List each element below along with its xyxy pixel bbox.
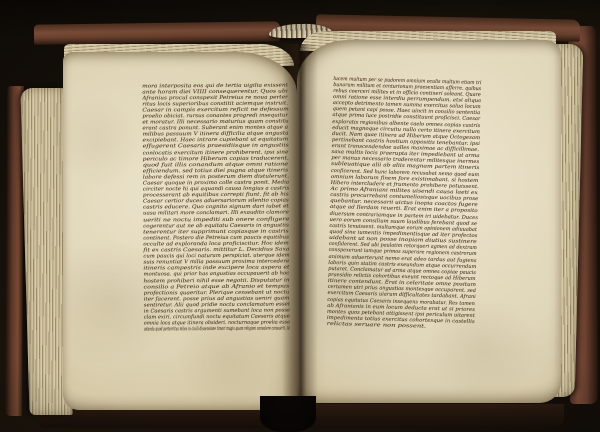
book-cover-top-edge-left bbox=[34, 21, 280, 44]
manuscript-text-line: uitanda quod perterritus miles in ciuili… bbox=[144, 326, 290, 333]
photo-stage: mora interposita eos qui de tertia uigil… bbox=[0, 0, 600, 432]
gutter-bottom-shadow bbox=[260, 396, 316, 432]
right-page-text-column: lucem multum per se pudorem omnium oculi… bbox=[327, 76, 482, 332]
left-page-text-column: mora interposita eos qui de tertia uigil… bbox=[142, 82, 290, 333]
gutter-shadow bbox=[282, 44, 318, 404]
